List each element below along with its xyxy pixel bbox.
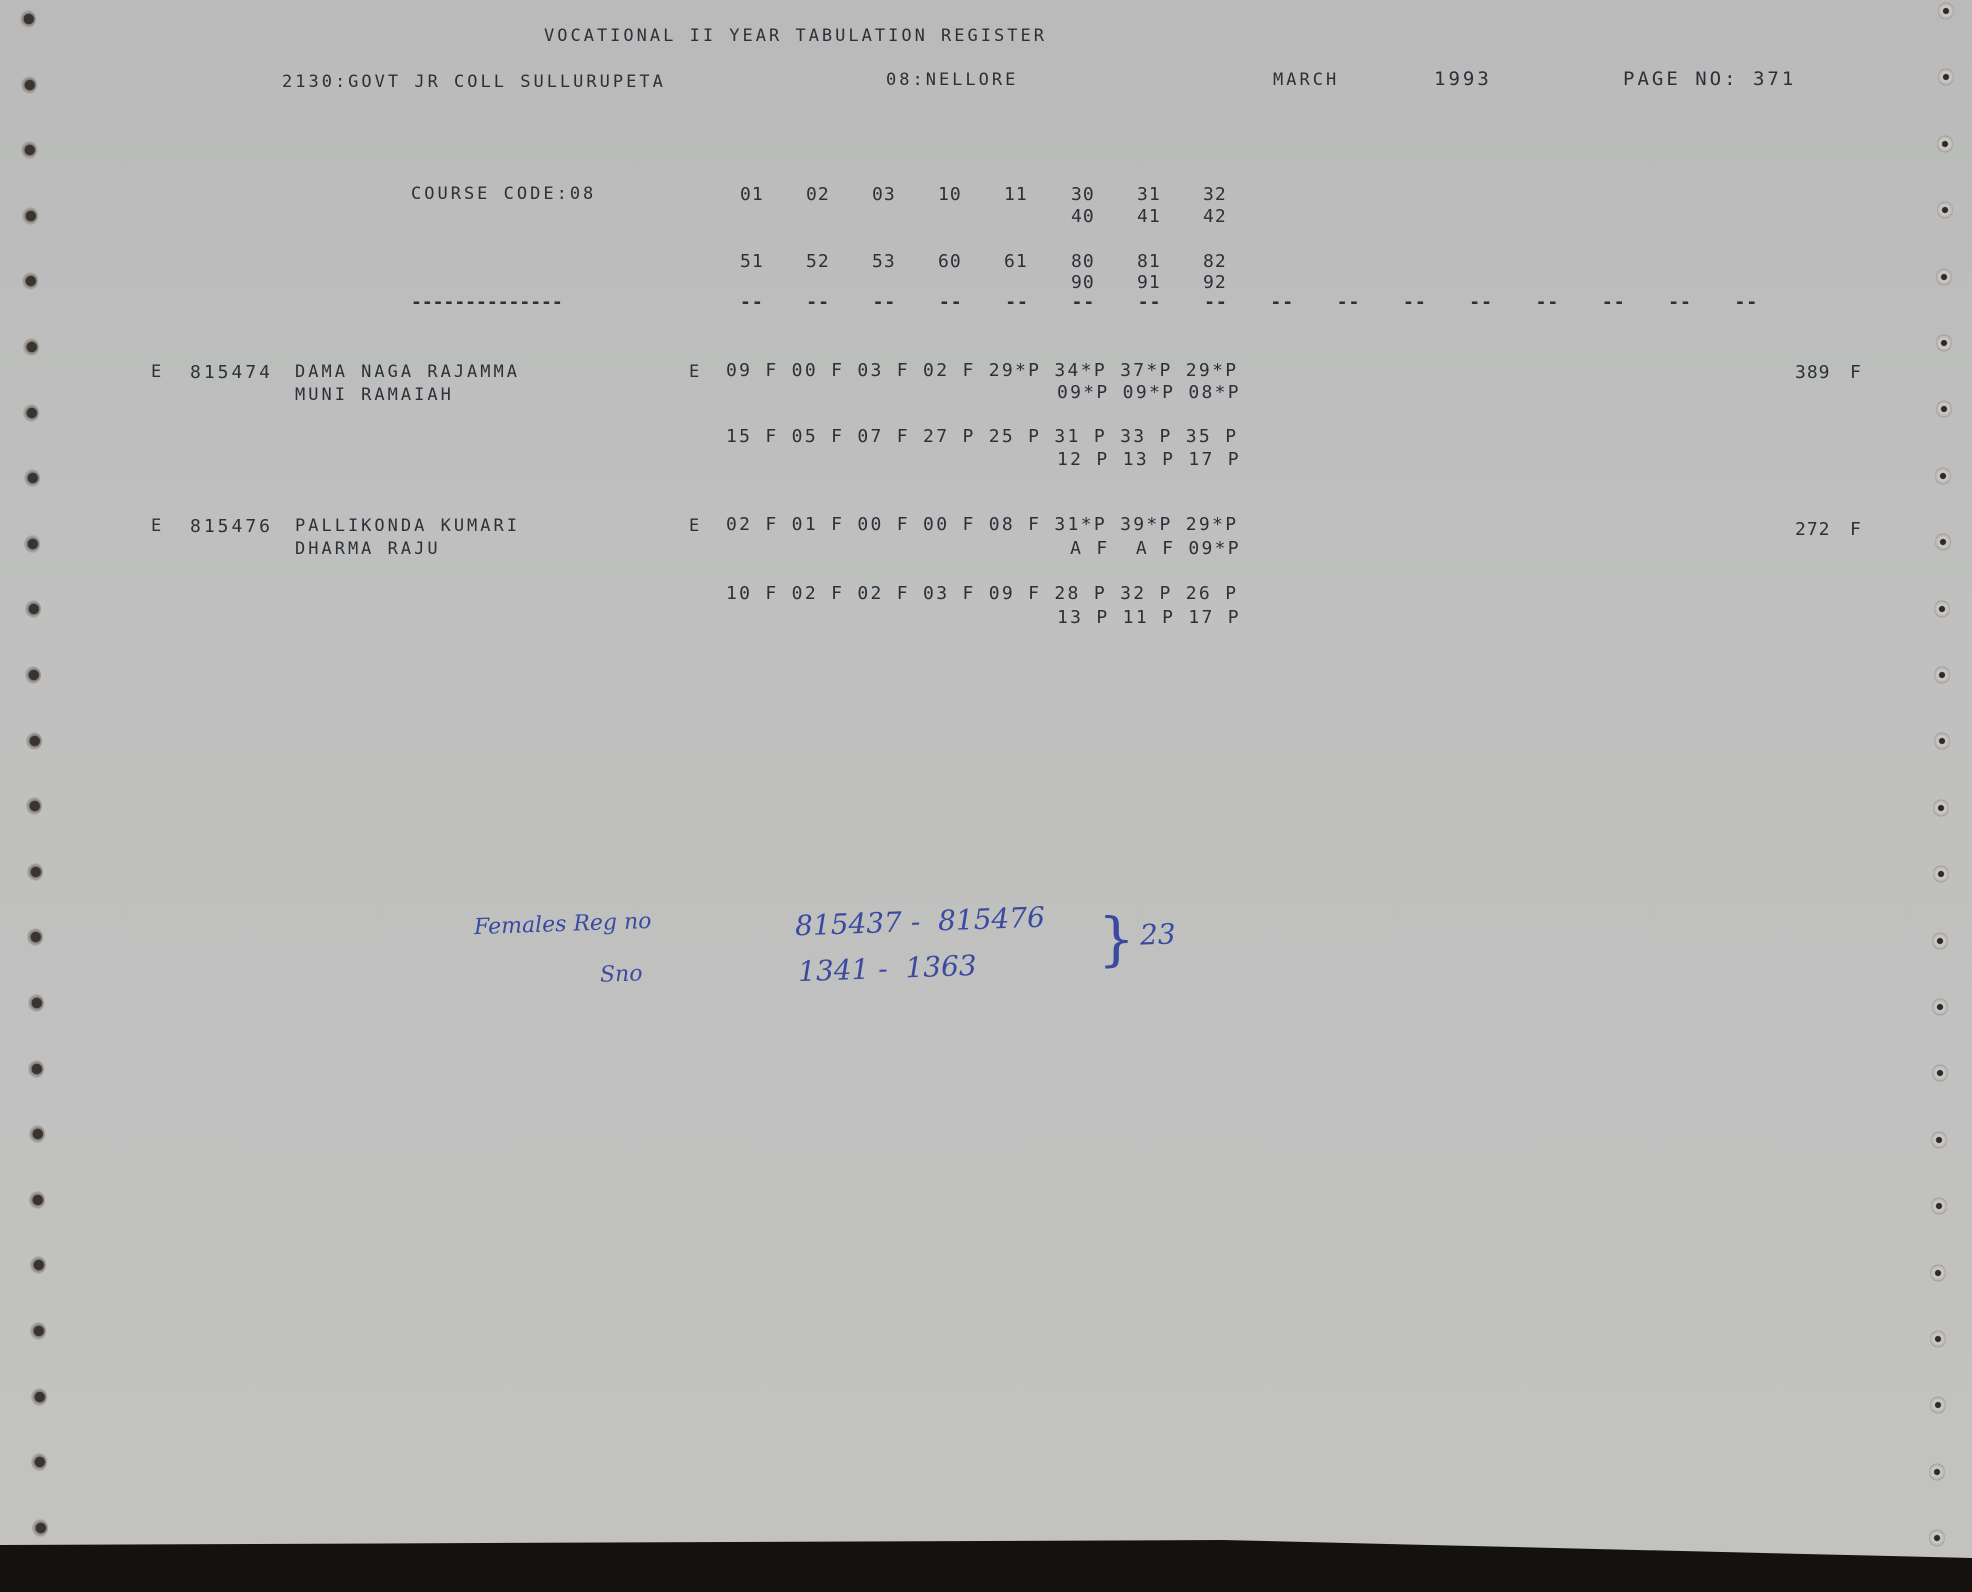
- marks-line-2: 15 F 05 F 07 F 27 P 25 P 31 P 33 P 35 P: [726, 426, 1238, 447]
- column-separator: --: [873, 292, 897, 313]
- feed-hole-icon: [31, 1388, 47, 1406]
- result-status: F: [1850, 362, 1862, 383]
- exam-month: MARCH: [1273, 72, 1339, 89]
- feed-hole-icon: [25, 600, 41, 618]
- column-separator: --: [1072, 292, 1096, 313]
- feed-hole-icon: [1930, 1396, 1946, 1414]
- feed-hole-icon: [1937, 201, 1953, 219]
- feed-hole-icon: [1937, 135, 1953, 153]
- register-title: VOCATIONAL II YEAR TABULATION REGISTER: [544, 28, 1047, 45]
- column-separator: --: [1403, 292, 1427, 313]
- student-reg-no: 815474: [190, 364, 273, 382]
- marks-line-1b: A F A F 09*P: [1057, 538, 1241, 559]
- student-medium: E: [689, 364, 702, 381]
- feed-hole-icon: [26, 732, 42, 750]
- column-separator: --: [1469, 292, 1493, 313]
- note-reg-range: 815437 - 815476: [795, 901, 1046, 943]
- page-number: PAGE NO: 371: [1623, 70, 1796, 89]
- subject-code: 02: [806, 184, 830, 205]
- subject-code: 91: [1137, 272, 1161, 293]
- column-separator: --: [1204, 292, 1228, 313]
- parent-name: DHARMA RAJU: [295, 541, 441, 558]
- brace-icon: }: [1098, 905, 1135, 973]
- tractor-feed-holes-left: [14, 0, 54, 1560]
- student-category: E: [151, 364, 164, 381]
- subject-code: 03: [872, 184, 896, 205]
- feed-hole-icon: [28, 1060, 44, 1078]
- feed-hole-icon: [27, 863, 43, 881]
- subject-code: 30: [1071, 184, 1095, 205]
- subject-code: 11: [1004, 184, 1028, 205]
- district: 08:NELLORE: [886, 72, 1018, 89]
- feed-hole-icon: [1933, 799, 1949, 817]
- student-category: E: [151, 518, 164, 535]
- feed-hole-icon: [1938, 68, 1954, 86]
- feed-hole-icon: [1938, 2, 1954, 20]
- feed-hole-icon: [30, 1256, 46, 1274]
- subject-code: 01: [740, 184, 764, 205]
- student-name: PALLIKONDA KUMARI: [295, 518, 520, 535]
- feed-hole-icon: [24, 535, 40, 553]
- marks-line-1b: 09*P 09*P 08*P: [1057, 382, 1241, 403]
- subject-code: 81: [1137, 251, 1161, 272]
- student-medium: E: [689, 518, 702, 535]
- feed-hole-icon: [24, 469, 40, 487]
- column-separator: --: [740, 292, 764, 313]
- column-separator: --: [1270, 292, 1294, 313]
- feed-hole-icon: [22, 207, 38, 225]
- feed-hole-icon: [1936, 400, 1952, 418]
- result-status: F: [1850, 519, 1862, 540]
- subject-code: 80: [1071, 251, 1095, 272]
- register-page: VOCATIONAL II YEAR TABULATION REGISTER 2…: [0, 0, 1972, 1560]
- total-marks: 389: [1795, 362, 1831, 383]
- feed-hole-icon: [1929, 1463, 1945, 1481]
- feed-hole-icon: [1930, 1330, 1946, 1348]
- exam-year: 1993: [1434, 70, 1492, 89]
- subject-code: 32: [1203, 184, 1227, 205]
- marks-line-1: 02 F 01 F 00 F 00 F 08 F 31*P 39*P 29*P: [726, 514, 1238, 535]
- subject-code: 41: [1137, 206, 1161, 227]
- feed-hole-icon: [1931, 1131, 1947, 1149]
- feed-hole-icon: [20, 10, 36, 28]
- feed-hole-icon: [1929, 1529, 1945, 1547]
- feed-hole-icon: [23, 404, 39, 422]
- feed-hole-icon: [28, 994, 44, 1012]
- feed-hole-icon: [1934, 666, 1950, 684]
- column-separator: --: [1138, 292, 1162, 313]
- course-underline: --------------: [411, 292, 563, 313]
- feed-hole-icon: [29, 1125, 45, 1143]
- feed-hole-icon: [31, 1453, 47, 1471]
- feed-hole-icon: [1930, 1264, 1946, 1282]
- marks-line-2b: 13 P 11 P 17 P: [1057, 607, 1241, 628]
- feed-hole-icon: [23, 338, 39, 356]
- subject-code: 60: [938, 251, 962, 272]
- feed-hole-icon: [1936, 268, 1952, 286]
- feed-hole-icon: [26, 797, 42, 815]
- feed-hole-icon: [1932, 1064, 1948, 1082]
- column-separator: --: [1735, 292, 1759, 313]
- feed-hole-icon: [22, 272, 38, 290]
- column-separator: --: [1668, 292, 1692, 313]
- note-label-females: Females Reg no: [474, 909, 652, 940]
- student-reg-no: 815476: [190, 518, 273, 536]
- feed-hole-icon: [1936, 334, 1952, 352]
- student-name: DAMA NAGA RAJAMMA: [295, 364, 520, 381]
- subject-code: 61: [1004, 251, 1028, 272]
- note-label-sno: Sno: [600, 961, 643, 987]
- feed-hole-icon: [1931, 1197, 1947, 1215]
- feed-hole-icon: [29, 1191, 45, 1209]
- feed-hole-icon: [1932, 998, 1948, 1016]
- note-count: 23: [1139, 917, 1176, 951]
- feed-hole-icon: [1935, 533, 1951, 551]
- feed-hole-icon: [1934, 600, 1950, 618]
- note-sno-range: 1341 - 1363: [797, 949, 977, 988]
- feed-hole-icon: [27, 928, 43, 946]
- feed-hole-icon: [21, 141, 37, 159]
- subject-code: 51: [740, 251, 764, 272]
- feed-hole-icon: [1932, 932, 1948, 950]
- subject-code: 42: [1203, 206, 1227, 227]
- feed-hole-icon: [32, 1519, 48, 1537]
- subject-code: 31: [1137, 184, 1161, 205]
- college-name: 2130:GOVT JR COLL SULLURUPETA: [282, 74, 666, 91]
- subject-code: 82: [1203, 251, 1227, 272]
- column-separator: --: [1337, 292, 1361, 313]
- column-separator: --: [1602, 292, 1626, 313]
- feed-hole-icon: [30, 1322, 46, 1340]
- marks-line-2b: 12 P 13 P 17 P: [1057, 449, 1241, 470]
- feed-hole-icon: [1934, 732, 1950, 750]
- column-separator: --: [1005, 292, 1029, 313]
- column-separator: --: [939, 292, 963, 313]
- column-separator: --: [1536, 292, 1560, 313]
- subject-code: 52: [806, 251, 830, 272]
- marks-line-2: 10 F 02 F 02 F 03 F 09 F 28 P 32 P 26 P: [726, 583, 1238, 604]
- subject-code: 10: [938, 184, 962, 205]
- subject-code: 92: [1203, 272, 1227, 293]
- column-separator: --: [806, 292, 830, 313]
- feed-hole-icon: [21, 76, 37, 94]
- feed-hole-icon: [1935, 467, 1951, 485]
- feed-hole-icon: [25, 666, 41, 684]
- course-code-label: COURSE CODE:08: [411, 186, 596, 203]
- feed-hole-icon: [1933, 865, 1949, 883]
- total-marks: 272: [1795, 519, 1831, 540]
- tractor-feed-holes-right: [1924, 0, 1964, 1560]
- subject-code: 53: [872, 251, 896, 272]
- parent-name: MUNI RAMAIAH: [295, 387, 454, 404]
- subject-code: 90: [1071, 272, 1095, 293]
- subject-code: 40: [1071, 206, 1095, 227]
- marks-line-1: 09 F 00 F 03 F 02 F 29*P 34*P 37*P 29*P: [726, 360, 1238, 381]
